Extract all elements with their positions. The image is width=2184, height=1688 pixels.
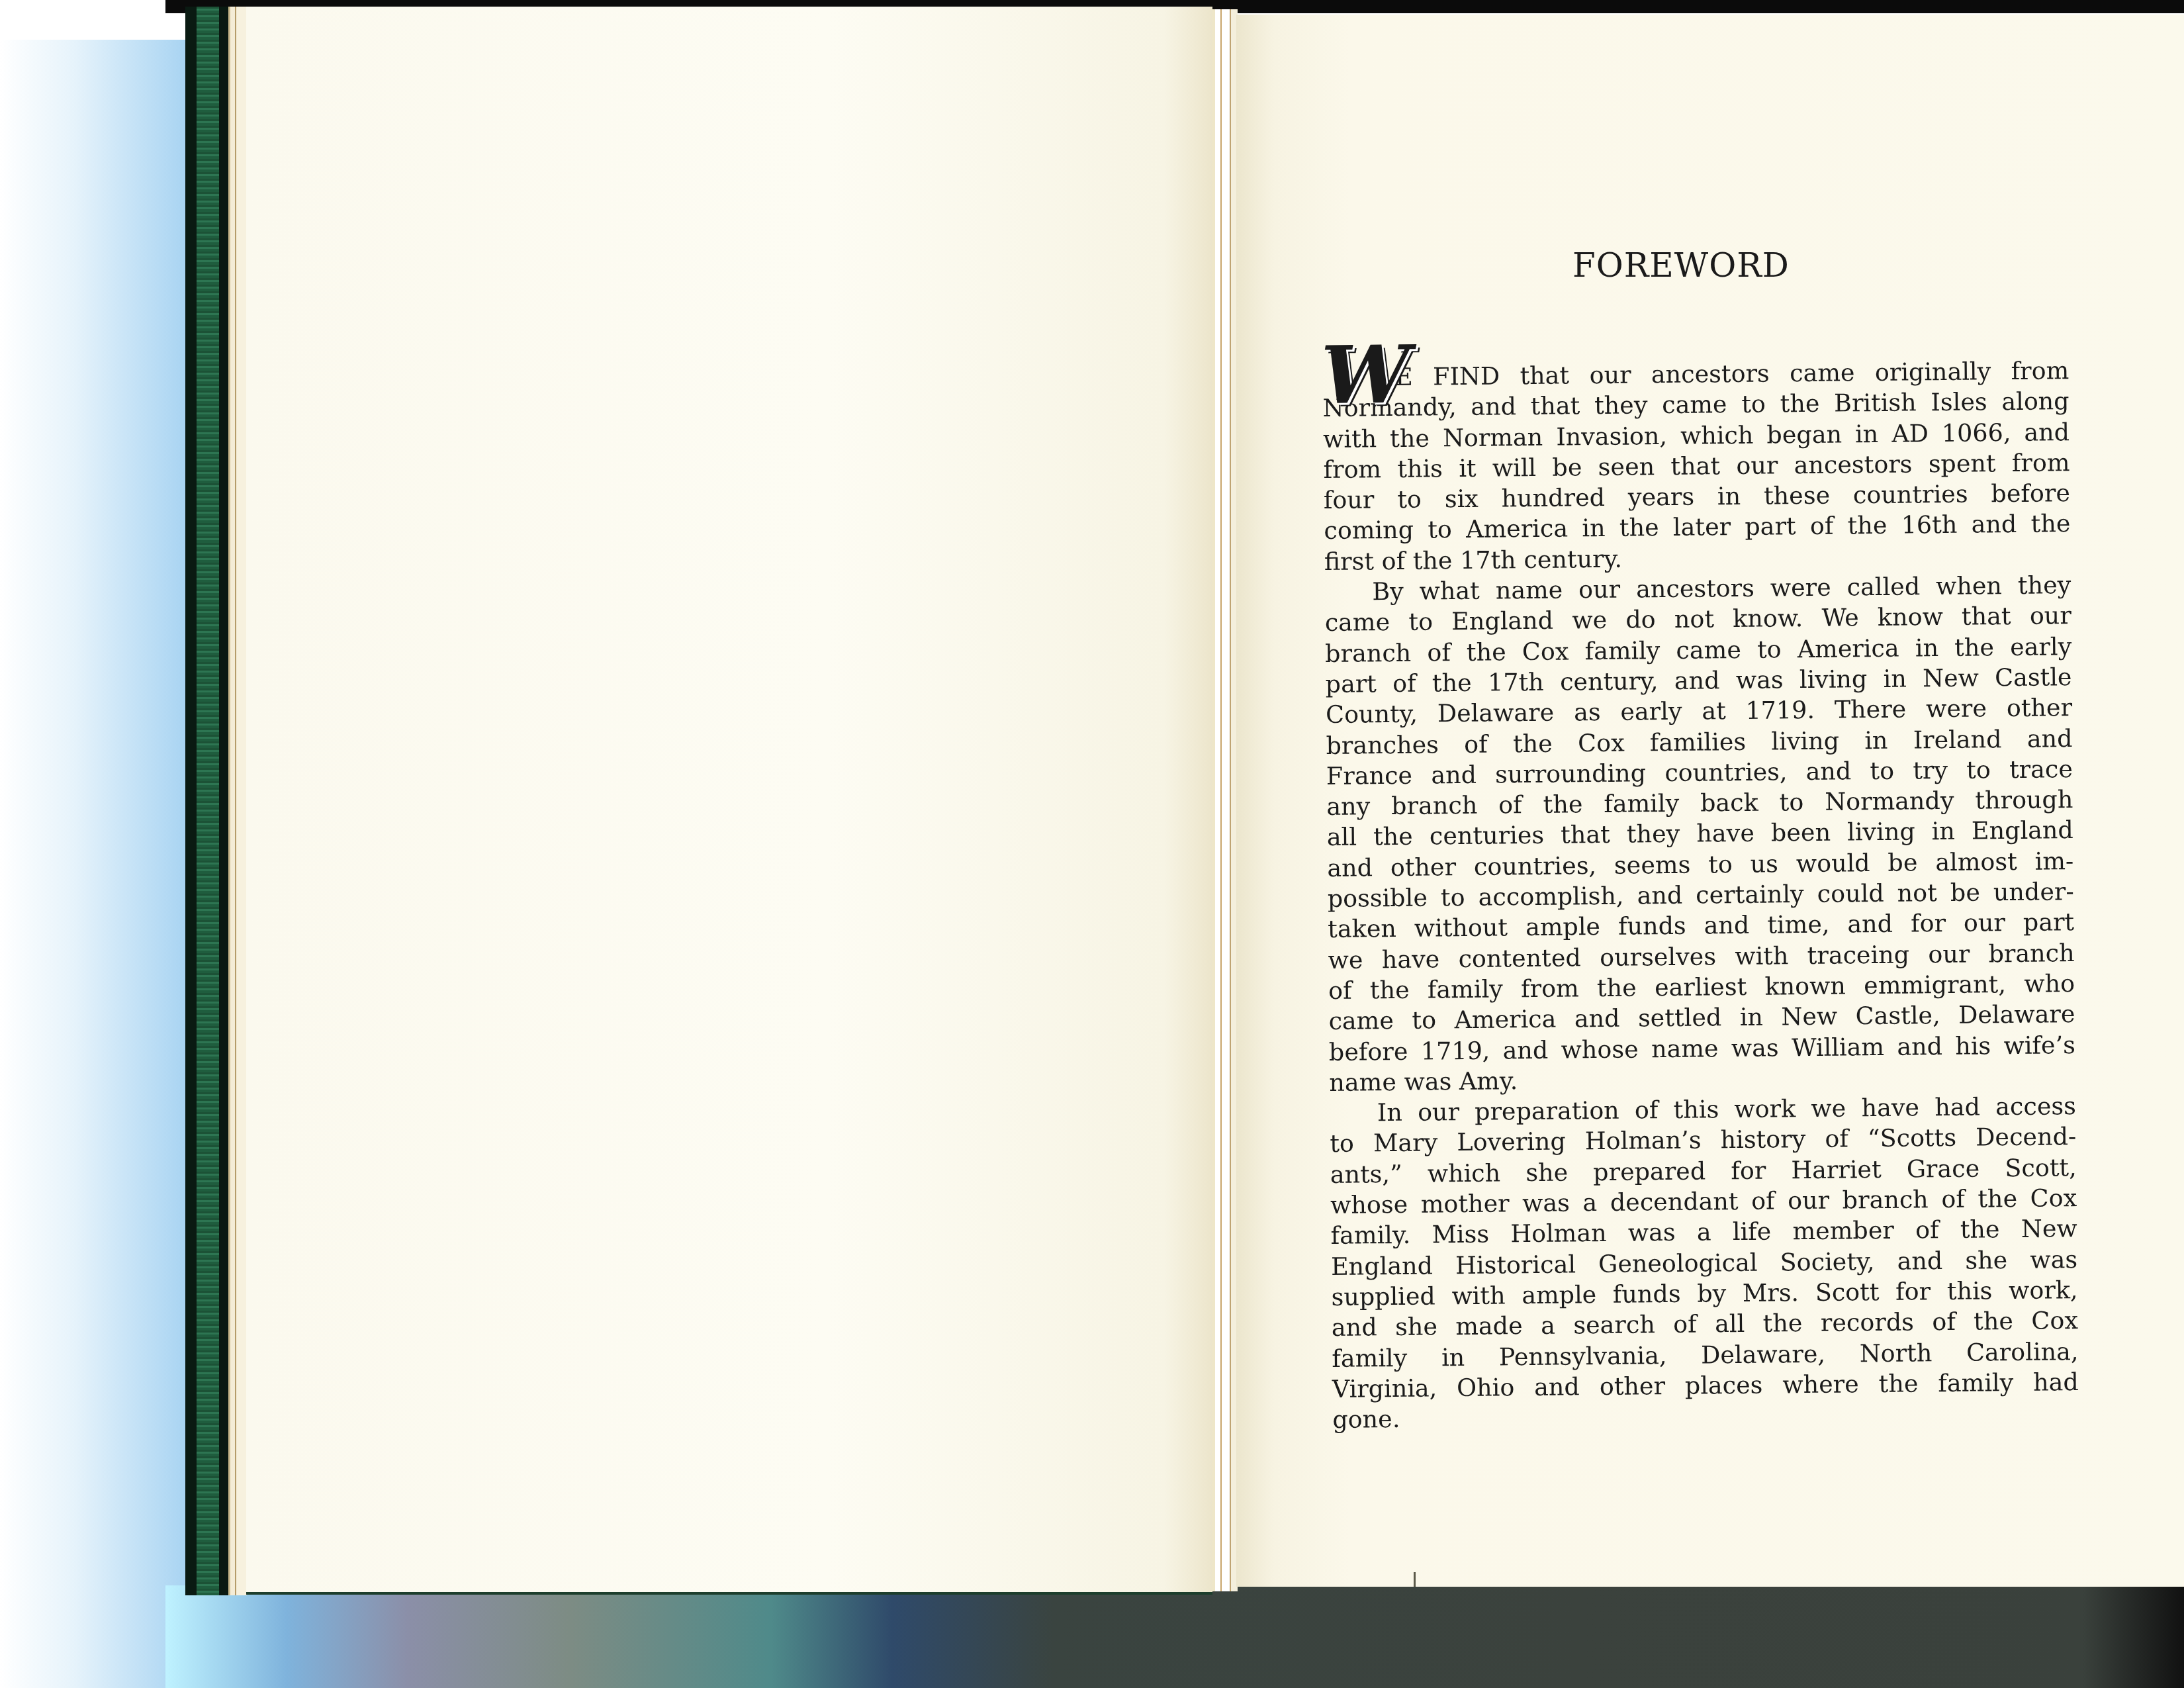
book-gutter (1212, 9, 1238, 1591)
drop-cap-letter: W (1321, 336, 1411, 416)
green-cloth-binding (197, 7, 219, 1595)
foreword-body: W E FIND that our ancestors came origina… (1322, 355, 2079, 1435)
page-edges (228, 7, 247, 1595)
page-title: FOREWORD (1562, 246, 1800, 285)
bottom-shadow (165, 1585, 2184, 1688)
page-mark (1414, 1572, 1416, 1587)
background-light-spill (0, 40, 185, 1688)
left-page-blank (246, 7, 1212, 1595)
